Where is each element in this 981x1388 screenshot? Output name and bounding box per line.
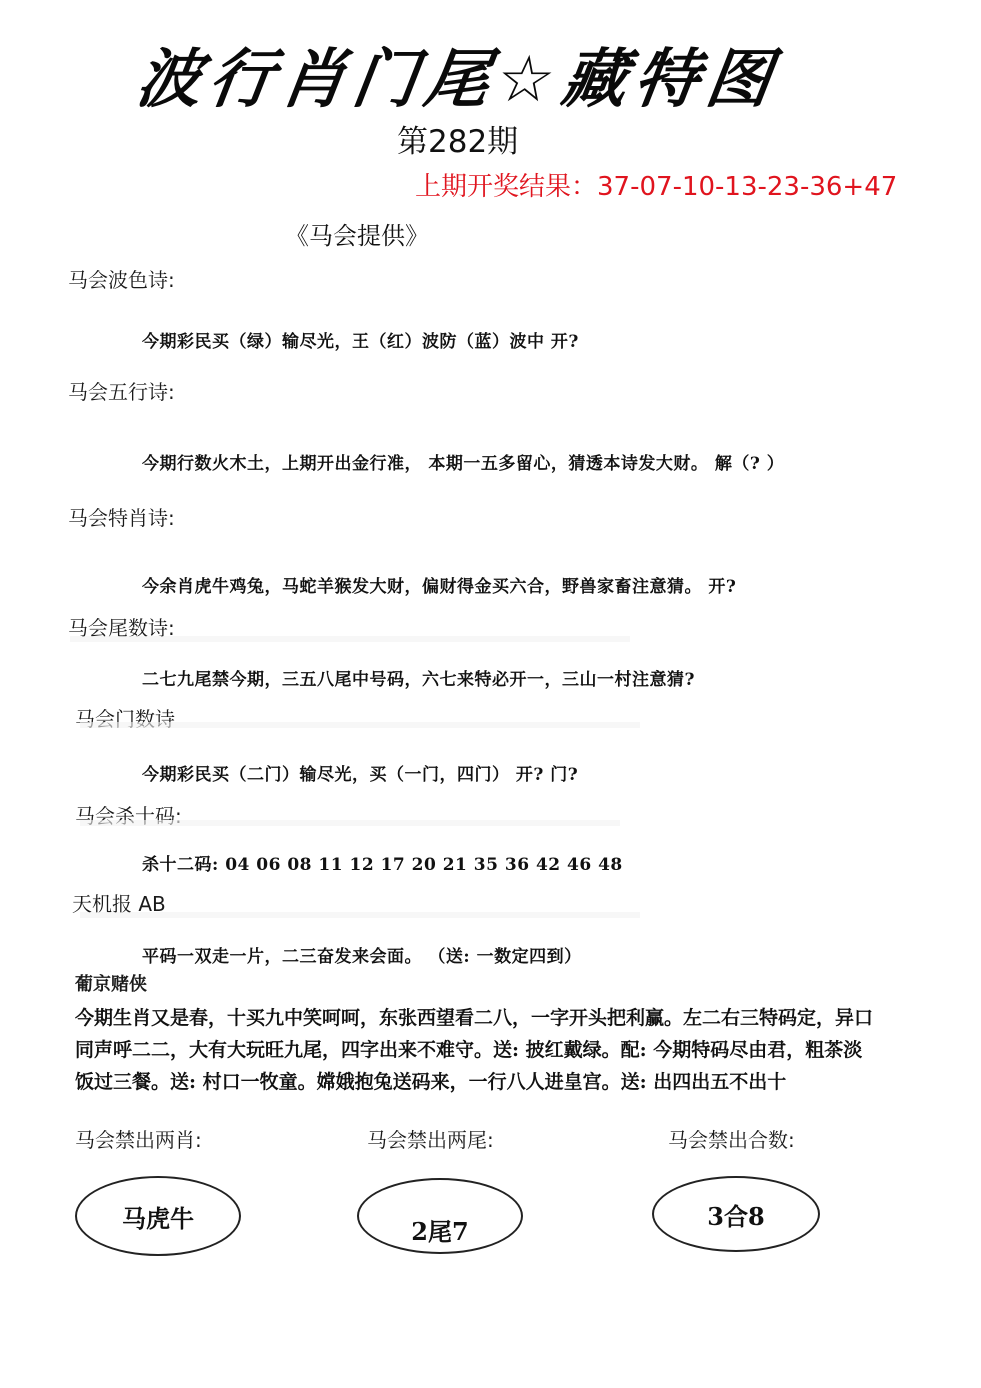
- poem-special-zodiac: 今余肖虎牛鸡兔，马蛇羊猴发大财，偏财得金买六合，野兽家畜注意猜。 开?: [142, 572, 736, 597]
- forbidden-sum-value: 3合8: [707, 1197, 764, 1232]
- section-label-five-elements: 马会五行诗:: [68, 376, 175, 405]
- poem-door-number: 今期彩民买（二门）输尽光，买（一门，四门） 开? 门?: [142, 760, 578, 785]
- section-label-special-zodiac: 马会特肖诗:: [68, 502, 175, 531]
- forbidden-zodiac-oval: 马虎牛: [75, 1176, 241, 1256]
- pujing-line: 今期生肖又是春，十买九中笑呵呵，东张西望看二八，一字开头把利赢。左二右三特码定，…: [75, 1002, 935, 1034]
- provider-label: 《马会提供》: [285, 216, 429, 251]
- pujing-line: 同声呼二二，大有大玩旺九尾，四字出来不难守。送: 披红戴绿。配: 今期特码尽由君…: [75, 1034, 935, 1066]
- last-result-label: 上期开奖结果：: [415, 172, 597, 202]
- poem-tianji: 平码一双走一片，二三奋发来会面。 （送: 一数定四到）: [142, 942, 582, 967]
- kill-twelve-numbers: 杀十二码: 04 06 08 11 12 17 20 21 35 36 42 4…: [142, 850, 623, 875]
- last-result: 上期开奖结果：37-07-10-13-23-36+47: [415, 166, 897, 203]
- poem-wave-color: 今期彩民买（绿）输尽光，王（红）波防（蓝）波中 开?: [142, 327, 579, 352]
- forbidden-zodiac-value: 马虎牛: [122, 1199, 194, 1234]
- issue-number: 第282期: [397, 116, 518, 161]
- forbidden-tail-value: 2尾7: [411, 1212, 468, 1247]
- section-label-wave-color: 马会波色诗:: [68, 264, 175, 293]
- poem-five-elements: 今期行数火木土，上期开出金行准， 本期一五多留心，猜透本诗发大财。 解（? ）: [142, 449, 784, 474]
- forbidden-zodiac-label: 马会禁出两肖:: [75, 1124, 202, 1153]
- poem-tail-number: 二七九尾禁今期，三五八尾中号码，六七来特必开一，三山一村注意猜?: [142, 665, 695, 690]
- section-label-pujing: 葡京赌侠: [75, 970, 147, 996]
- pujing-line: 饭过三餐。送: 村口一牧童。嫦娥抱兔送码来，一行八人进皇宫。送: 出四出五不出十: [75, 1066, 935, 1098]
- forbidden-sum-label: 马会禁出合数:: [668, 1124, 795, 1153]
- forbidden-tail-oval: 2尾7: [357, 1178, 523, 1254]
- forbidden-sum-oval: 3合8: [652, 1176, 820, 1252]
- last-result-numbers: 37-07-10-13-23-36+47: [597, 172, 897, 202]
- pujing-paragraph: 今期生肖又是春，十买九中笑呵呵，东张西望看二八，一字开头把利赢。左二右三特码定，…: [75, 1002, 935, 1098]
- forbidden-tail-label: 马会禁出两尾:: [367, 1124, 494, 1153]
- page-title: 波行肖门尾☆藏特图: [132, 28, 786, 120]
